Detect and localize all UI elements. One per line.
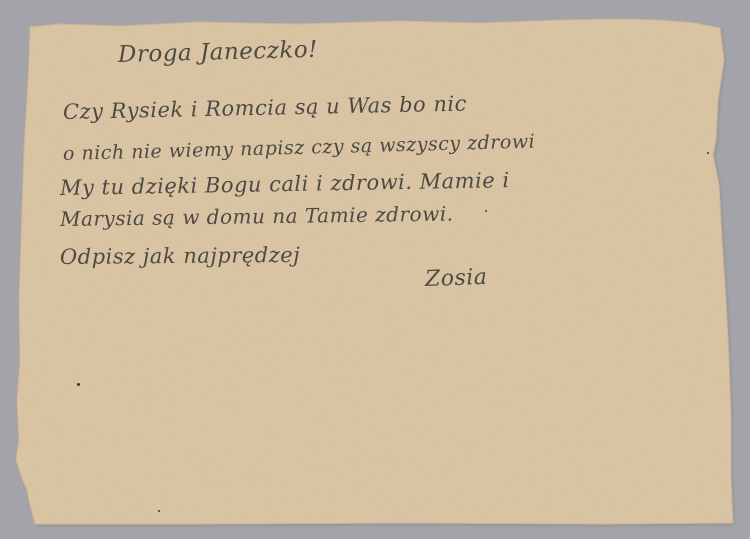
letter-line-3: My tu dzięki Bogu cali i zdrowi. Mamie i (60, 168, 510, 200)
letter-greeting: Droga Janeczko! (118, 37, 319, 68)
letter-line-1: Czy Rysiek i Romcia są u Was bo nic (63, 92, 467, 124)
letter-line-2: o nich nie wiemy napisz czy są wszyscy z… (63, 131, 536, 165)
letter-line-4: Marysia są w domu na Tamie zdrowi. (60, 202, 454, 231)
letter-content: Droga Janeczko! Czy Rysiek i Romcia są u… (0, 0, 750, 539)
letter-line-5: Odpisz jak najprędzej (60, 243, 300, 269)
letter-scene: Droga Janeczko! Czy Rysiek i Romcia są u… (0, 0, 750, 539)
letter-signature: Zosia (425, 265, 488, 292)
